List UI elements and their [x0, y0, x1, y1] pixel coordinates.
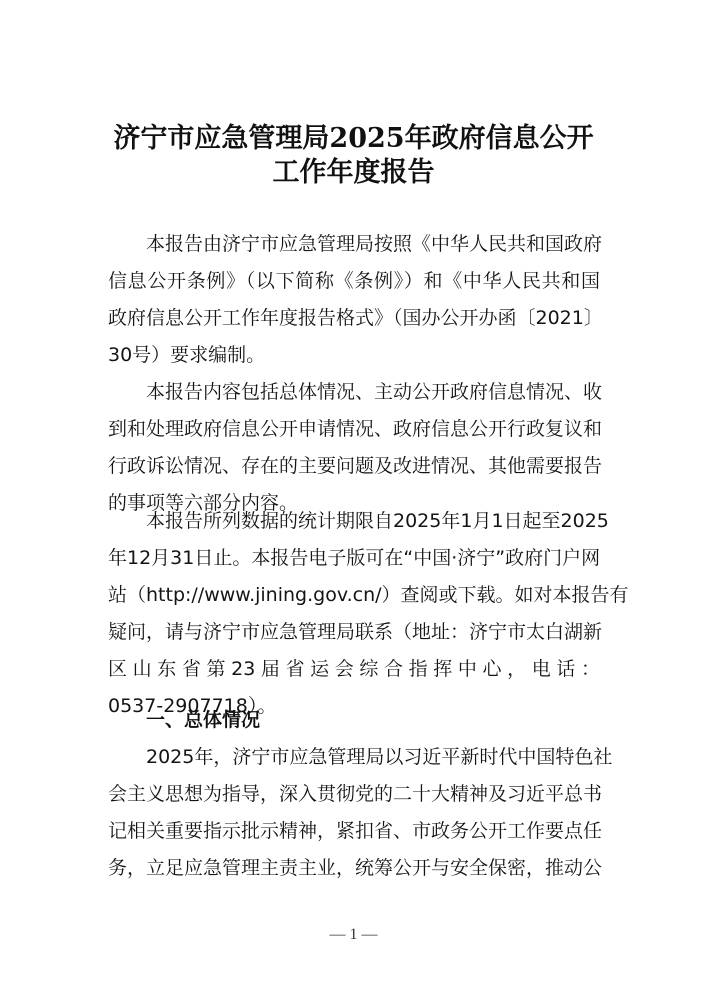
- document-title-line-1: 济宁市应急管理局2025年政府信息公开: [0, 122, 707, 156]
- text-line: 30号）要求编制。: [108, 338, 600, 372]
- text-line: 会主义思想为指导，深入贯彻党的二十大精神及习近平总书: [108, 777, 600, 811]
- text-line-address: 区山东省第23届省运会综合指挥中心，电话：: [108, 652, 600, 686]
- text-line: 2025年，济宁市应急管理局以习近平新时代中国特色社: [146, 740, 600, 774]
- text-line: 务，立足应急管理主责主业，统筹公开与安全保密，推动公: [108, 851, 600, 885]
- document-title-line-2: 工作年度报告: [0, 156, 707, 190]
- text-line: 政府信息公开工作年度报告格式》（国办公开办函〔2021〕: [108, 301, 600, 335]
- page-number: — 1 —: [0, 926, 707, 944]
- text-line: 行政诉讼情况、存在的主要问题及改进情况、其他需要报告: [108, 449, 600, 483]
- text-line: 疑问，请与济宁市应急管理局联系（地址：济宁市太白湖新: [108, 615, 600, 649]
- text-line: 本报告由济宁市应急管理局按照《中华人民共和国政府: [146, 227, 600, 261]
- text-line: 年12月31日止。本报告电子版可在“中国·济宁”政府门户网: [108, 541, 600, 575]
- text-line: 本报告所列数据的统计期限自2025年1月1日起至2025: [146, 504, 600, 538]
- text-line: 到和处理政府信息公开申请情况、政府信息公开行政复议和: [108, 412, 600, 446]
- text-line: 信息公开条例》（以下简称《条例》）和《中华人民共和国: [108, 264, 600, 298]
- section-heading-overview: 一、总体情况: [146, 703, 260, 737]
- text-line: 记相关重要指示批示精神，紧扣省、市政务公开工作要点任: [108, 814, 600, 848]
- text-line: 本报告内容包括总体情况、主动公开政府信息情况、收: [146, 375, 600, 409]
- text-line-website: 站（http://www.jining.gov.cn/）查阅或下载。如对本报告有: [108, 578, 600, 612]
- document-page: 济宁市应急管理局2025年政府信息公开 工作年度报告 本报告由济宁市应急管理局按…: [0, 0, 707, 999]
